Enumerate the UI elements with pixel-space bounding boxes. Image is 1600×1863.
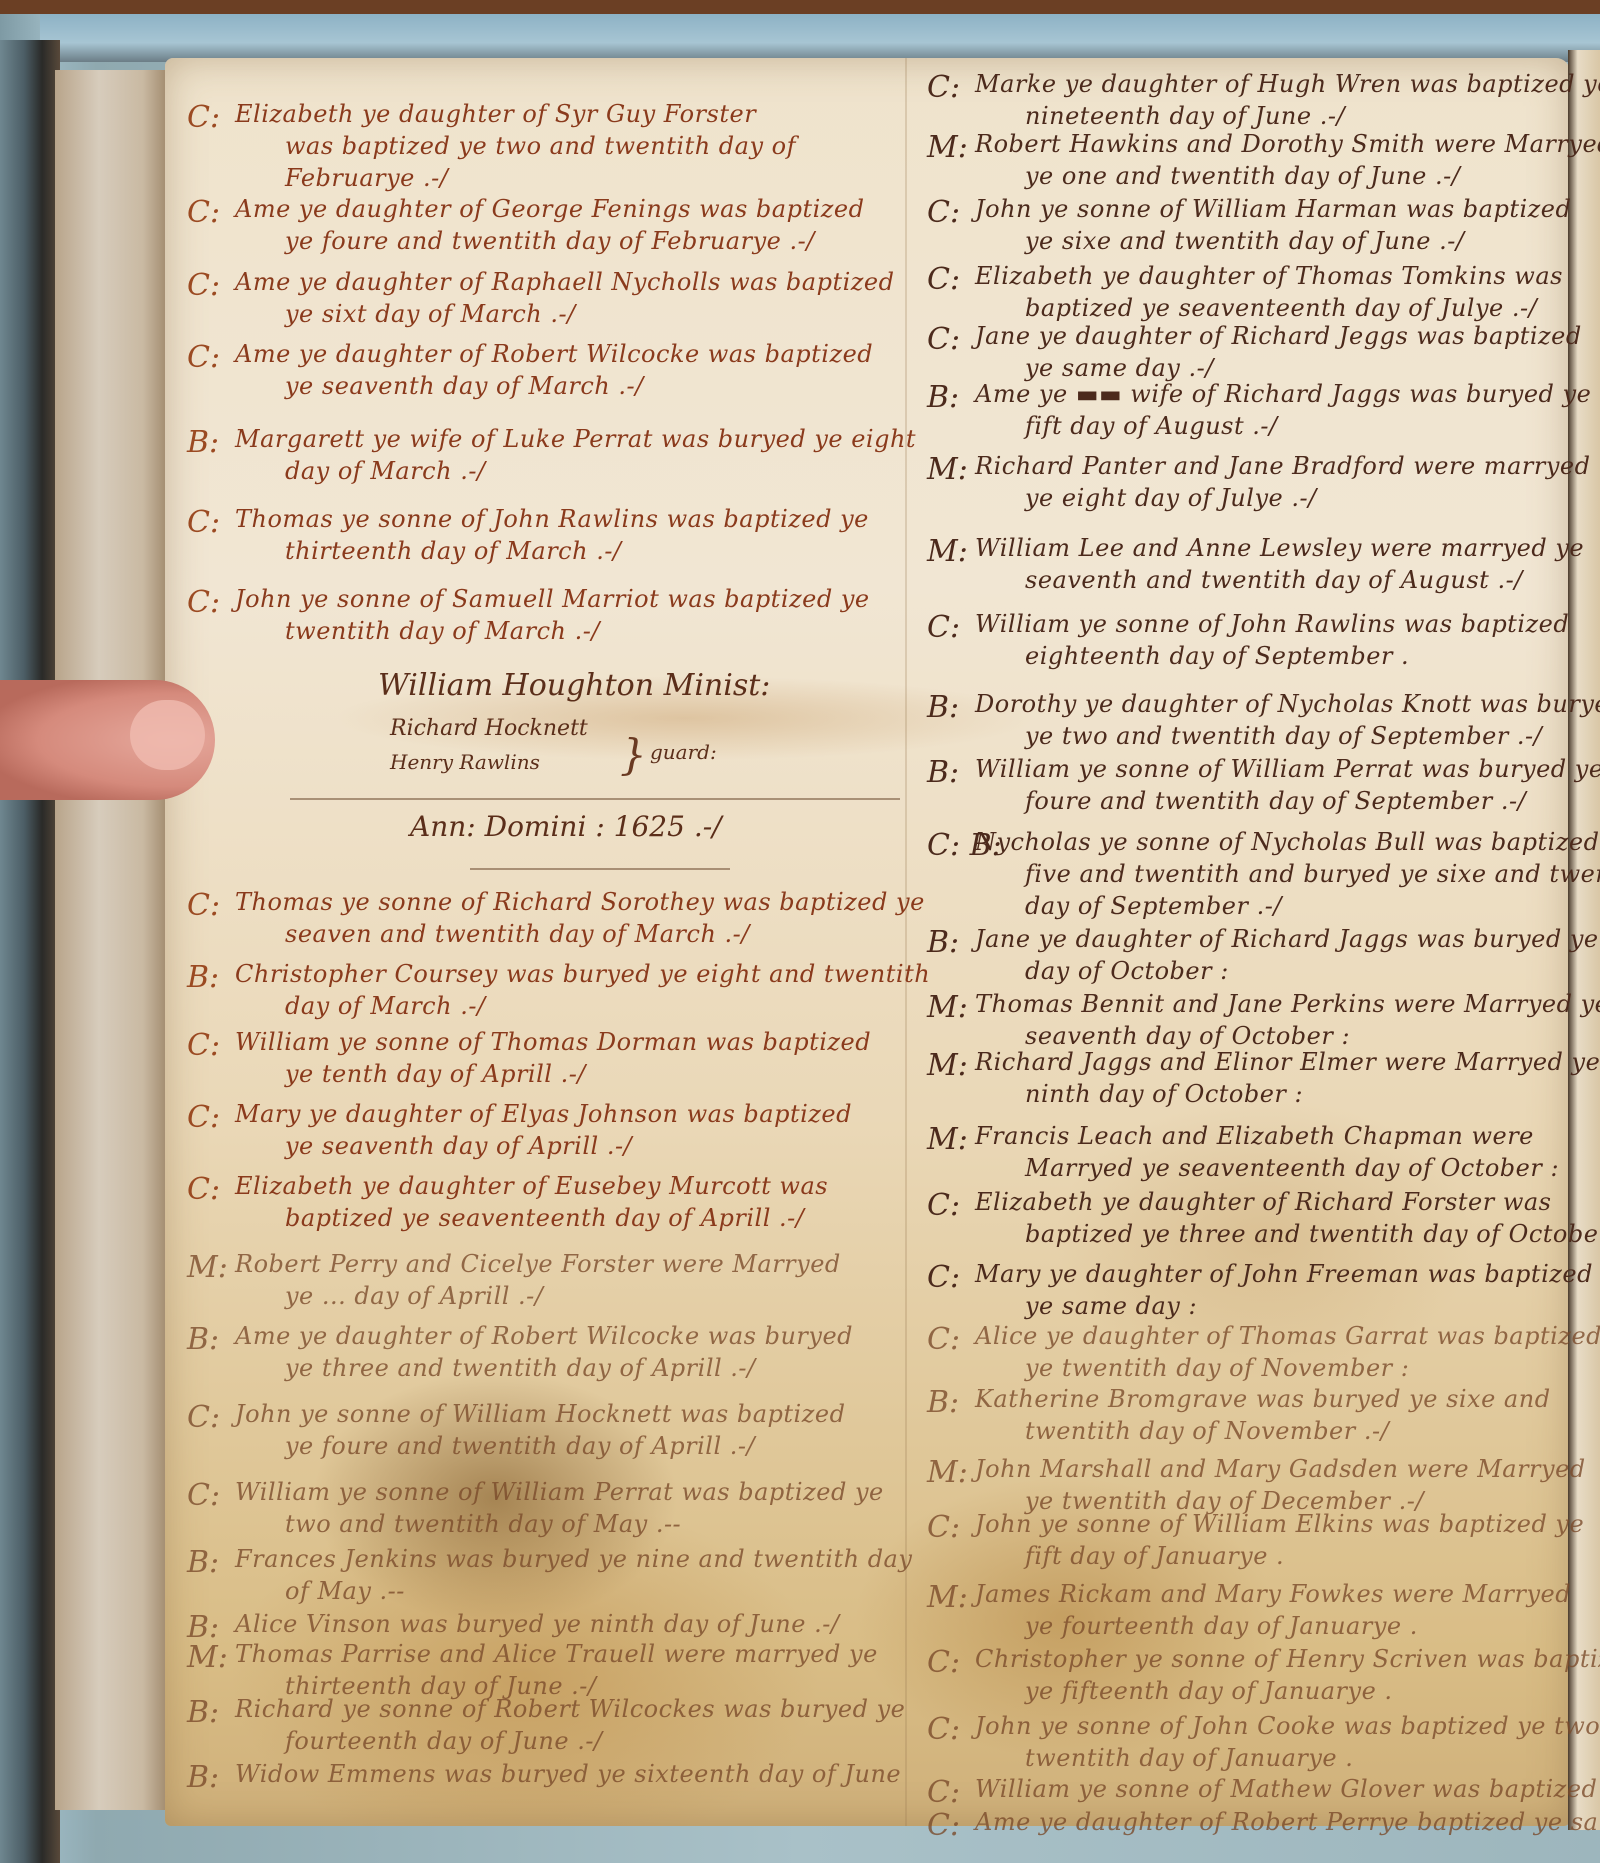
entry-line: Alice Vinson was buryed ye ninth day of … (235, 1610, 839, 1638)
entry-line: Ame ye daughter of George Fenings was ba… (235, 195, 864, 223)
entry-line: Thomas Parrise and Alice Trauell were ma… (235, 1640, 878, 1668)
entry-line: John ye sonne of William Elkins was bapt… (975, 1510, 1584, 1538)
entry-type-mark: B: (927, 380, 959, 415)
entry-type-mark: M: (927, 130, 968, 165)
entry-line: ye fifteenth day of Januarye . (1025, 1677, 1393, 1705)
entry-line: Ame ye daughter of Raphaell Nycholls was… (235, 268, 894, 296)
entry-line: William ye sonne of William Perrat was b… (975, 755, 1600, 783)
entry-type-mark: C: (187, 1478, 220, 1513)
entry-line: twentith day of March .-/ (285, 617, 600, 645)
entry-line: ye two and twentith day of September .-/ (1025, 722, 1542, 750)
entry-line: John ye sonne of Samuell Marriot was bap… (235, 585, 870, 613)
entry-line: seaventh and twentith day of August .-/ (1025, 566, 1523, 594)
entry-line: ye tenth day of Aprill .-/ (285, 1060, 586, 1088)
entry-line: Jane ye daughter of Richard Jaggs was bu… (975, 925, 1600, 953)
entry-line: Margarett ye wife of Luke Perrat was bur… (235, 425, 916, 453)
entry-line: Thomas Bennit and Jane Perkins were Marr… (975, 990, 1600, 1018)
entry-type-mark: B: (187, 1545, 219, 1580)
entry-line: ye seaventh day of Aprill .-/ (285, 1132, 632, 1160)
entry-type-mark: M: (927, 990, 968, 1025)
churchwarden-signature: Henry Rawlins (390, 750, 540, 774)
entry-line: baptized ye three and twentith day of Oc… (1025, 1220, 1600, 1248)
entry-type-mark: M: (187, 1640, 228, 1675)
entry-type-mark: B: (927, 1385, 959, 1420)
entry-type-mark: C: (927, 1775, 960, 1810)
entry-line: ye ... day of Aprill .-/ (285, 1282, 543, 1310)
entry-type-mark: M: (927, 452, 968, 487)
entry-line: Februarye .-/ (285, 164, 448, 192)
entry-line: Widow Emmens was buryed ye sixteenth day… (235, 1760, 901, 1788)
entry-line: ye twentith day of November : (1025, 1354, 1409, 1382)
entry-line: ye foure and twentith day of Februarye .… (285, 227, 815, 255)
entry-line: Marryed ye seaventeenth day of October : (1025, 1154, 1559, 1182)
entry-line: thirteenth day of March .-/ (285, 537, 622, 565)
entry-type-mark: C: (927, 1808, 960, 1843)
entry-type-mark: C: (927, 195, 960, 230)
entry-type-mark: C: (927, 1260, 960, 1295)
entry-line: of May .-- (285, 1577, 405, 1605)
entry-line: twentith day of November .-/ (1025, 1417, 1389, 1445)
entry-line: Elizabeth ye daughter of Richard Forster… (975, 1188, 1551, 1216)
entry-line: ye sixt day of March .-/ (285, 300, 576, 328)
entry-type-mark: C: (927, 1322, 960, 1357)
entry-line: fift day of August .-/ (1025, 412, 1278, 440)
entry-type-mark: B: (927, 925, 959, 960)
entry-line: day of March .-/ (285, 457, 486, 485)
entry-line: William ye sonne of William Perrat was b… (235, 1478, 884, 1506)
year-heading: Ann: Domini : 1625 .-/ (410, 810, 722, 843)
divider-rule (470, 868, 730, 870)
entry-type-mark: B: (187, 1322, 219, 1357)
entry-line: Christopher ye sonne of Henry Scriven wa… (975, 1645, 1600, 1673)
entry-line: Elizabeth ye daughter of Syr Guy Forster (235, 100, 756, 128)
entry-type-mark: B: (927, 755, 959, 790)
entry-line: Marke ye daughter of Hugh Wren was bapti… (975, 70, 1600, 98)
entry-line: foure and twentith day of September .-/ (1025, 787, 1526, 815)
entry-type-mark: B: (187, 960, 219, 995)
book-spine (0, 40, 60, 1863)
entry-line: ye three and twentith day of Aprill .-/ (285, 1354, 756, 1382)
entry-line: Robert Perry and Cicelye Forster were Ma… (235, 1250, 841, 1278)
entry-line: was baptized ye two and twentith day of (285, 132, 796, 160)
entry-line: ye one and twentith day of June .-/ (1025, 162, 1460, 190)
entry-line: seaventh day of October : (1025, 1022, 1350, 1050)
entry-type-mark: C: (927, 1188, 960, 1223)
entry-line: baptized ye seaventeenth day of Aprill .… (285, 1204, 804, 1232)
entry-line: ye sixe and twentith day of June .-/ (1025, 227, 1464, 255)
entry-line: Alice ye daughter of Thomas Garrat was b… (975, 1322, 1600, 1350)
entry-line: Ame ye daughter of Robert Wilcocke was b… (235, 340, 873, 368)
entry-type-mark: C: (927, 1645, 960, 1680)
entry-line: James Rickam and Mary Fowkes were Marrye… (975, 1580, 1571, 1608)
entry-line: William ye sonne of Mathew Glover was ba… (975, 1775, 1600, 1803)
entry-line: Mary ye daughter of John Freeman was bap… (975, 1260, 1593, 1288)
entry-line: John Marshall and Mary Gadsden were Marr… (975, 1455, 1586, 1483)
entry-type-mark: C: (927, 262, 960, 297)
entry-line: five and twentith and buryed ye sixe and… (1025, 860, 1600, 888)
entry-line: Christopher Coursey was buryed ye eight … (235, 960, 930, 988)
entry-type-mark: M: (927, 1580, 968, 1615)
entry-type-mark: C: (187, 585, 220, 620)
entry-line: ye seaventh day of March .-/ (285, 372, 644, 400)
entry-line: two and twentith day of May .-- (285, 1510, 681, 1538)
entry-type-mark: C: (187, 1172, 220, 1207)
entry-type-mark: C: (187, 340, 220, 375)
entry-line: Robert Hawkins and Dorothy Smith were Ma… (975, 130, 1600, 158)
divider-rule (290, 798, 900, 800)
entry-line: Jane ye daughter of Richard Jeggs was ba… (975, 322, 1582, 350)
entry-line: baptized ye seaventeenth day of Julye .-… (1025, 294, 1537, 322)
entry-line: William Lee and Anne Lewsley were marrye… (975, 534, 1584, 562)
entry-type-mark: M: (187, 1250, 228, 1285)
entry-line: Ame ye ▬▬ wife of Richard Jaggs was bury… (975, 380, 1591, 408)
entry-line: seaven and twentith day of March .-/ (285, 920, 750, 948)
entry-line: day of October : (1025, 957, 1229, 985)
entry-line: fift day of Januarye . (1025, 1542, 1284, 1570)
entry-type-mark: C: (187, 1400, 220, 1435)
entry-line: William ye sonne of Thomas Dorman was ba… (235, 1028, 871, 1056)
entry-line: ye fourteenth day of Januarye . (1025, 1612, 1418, 1640)
entry-line: Mary ye daughter of Elyas Johnson was ba… (235, 1100, 852, 1128)
entry-line: nineteenth day of June .-/ (1025, 102, 1345, 130)
entry-line: John ye sonne of John Cooke was baptized… (975, 1712, 1600, 1740)
entry-line: day of September .-/ (1025, 892, 1282, 920)
entry-line: Frances Jenkins was buryed ye nine and t… (235, 1545, 912, 1573)
entry-line: Dorothy ye daughter of Nycholas Knott wa… (975, 690, 1600, 718)
entry-line: ninth day of October : (1025, 1080, 1303, 1108)
entry-line: fourteenth day of June .-/ (285, 1727, 603, 1755)
fingernail (130, 700, 205, 770)
entry-type-mark: C: (927, 1712, 960, 1747)
entry-type-mark: M: (927, 1455, 968, 1490)
entry-line: eighteenth day of September . (1025, 642, 1409, 670)
entry-line: Richard Jaggs and Elinor Elmer were Marr… (975, 1048, 1600, 1076)
entry-type-mark: M: (927, 1048, 968, 1083)
entry-line: Katherine Bromgrave was buryed ye sixe a… (975, 1385, 1551, 1413)
entry-type-mark: C: (187, 505, 220, 540)
churchwardens-label: guard: (650, 740, 717, 764)
entry-type-mark: C: (187, 195, 220, 230)
entry-type-mark: C: (927, 1510, 960, 1545)
entry-type-mark: B: (927, 690, 959, 725)
entry-type-mark: B: (187, 425, 219, 460)
entry-line: Thomas ye sonne of Richard Sorothey was … (235, 888, 925, 916)
binding-top-edge (40, 14, 1600, 62)
entry-type-mark: C: (187, 1028, 220, 1063)
entry-type-mark: C: (187, 268, 220, 303)
entry-type-mark: C: (927, 70, 960, 105)
entry-line: ye eight day of Julye .-/ (1025, 484, 1317, 512)
entry-type-mark: C: (927, 322, 960, 357)
entry-type-mark: M: (927, 534, 968, 569)
entry-type-mark: C: (187, 1100, 220, 1135)
entry-line: Ame ye daughter of Robert Wilcocke was b… (235, 1322, 853, 1350)
entry-line: Ame ye daughter of Robert Perrye baptize… (975, 1808, 1600, 1836)
entry-line: Elizabeth ye daughter of Thomas Tomkins … (975, 262, 1563, 290)
page-stub (55, 70, 165, 1810)
brace-glyph: } (620, 730, 647, 779)
churchwarden-signature: Richard Hocknett (390, 716, 588, 741)
entry-line: John ye sonne of William Harman was bapt… (975, 195, 1571, 223)
entry-line: day of March .-/ (285, 992, 486, 1020)
entry-line: William ye sonne of John Rawlins was bap… (975, 610, 1569, 638)
entry-line: twentith day of Januarye . (1025, 1744, 1353, 1772)
minister-signature: William Houghton Minist: (378, 668, 770, 703)
entry-line: John ye sonne of William Hocknett was ba… (235, 1400, 845, 1428)
entry-line: ye same day .-/ (1025, 354, 1214, 382)
entry-type-mark: M: (927, 1122, 968, 1157)
entry-line: ye foure and twentith day of Aprill .-/ (285, 1432, 755, 1460)
entry-line: Richard Panter and Jane Bradford were ma… (975, 452, 1590, 480)
entry-line: Elizabeth ye daughter of Eusebey Murcott… (235, 1172, 828, 1200)
entry-type-mark: C: (927, 610, 960, 645)
entry-line: ye same day : (1025, 1292, 1197, 1320)
entry-type-mark: C: (187, 888, 220, 923)
entry-line: Francis Leach and Elizabeth Chapman were (975, 1122, 1534, 1150)
entry-type-mark: C: (187, 100, 220, 135)
entry-line: Nycholas ye sonne of Nycholas Bull was b… (975, 828, 1600, 856)
entry-line: Thomas ye sonne of John Rawlins was bapt… (235, 505, 869, 533)
entry-line: Richard ye sonne of Robert Wilcockes was… (235, 1695, 905, 1723)
entry-type-mark: B: (187, 1695, 219, 1730)
entry-type-mark: B: (187, 1760, 219, 1795)
